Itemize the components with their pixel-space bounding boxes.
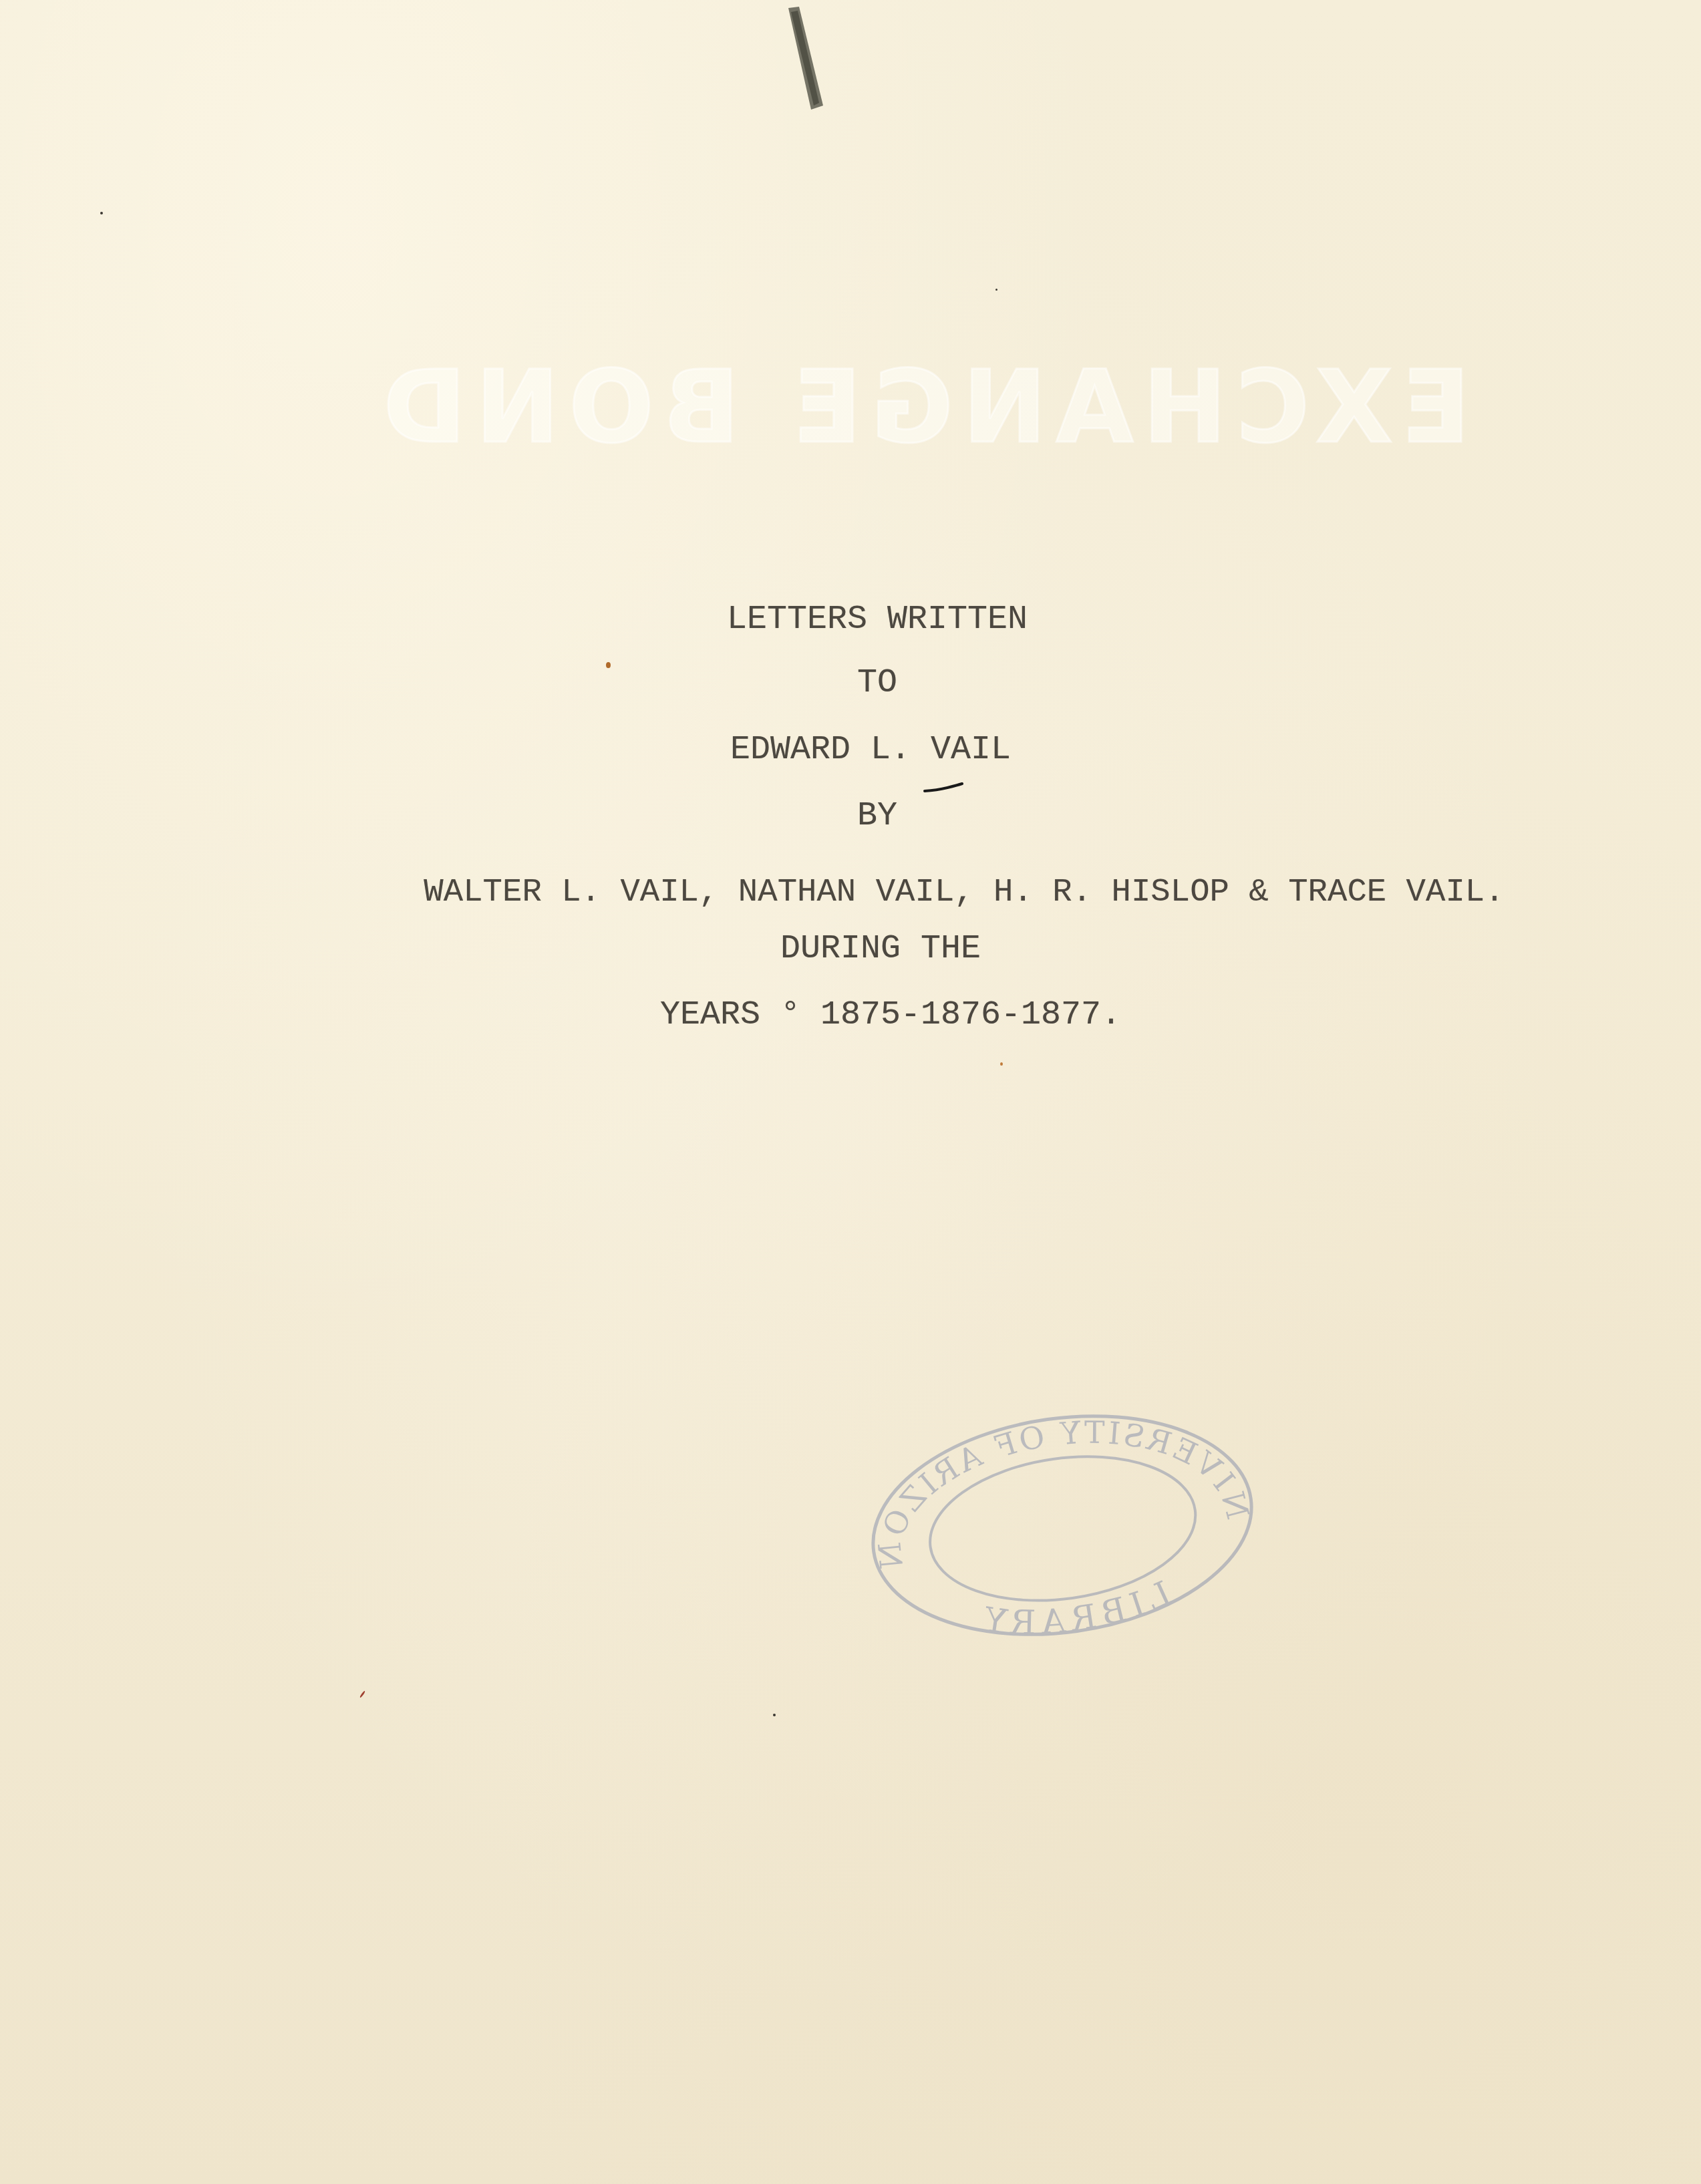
paper-speck bbox=[100, 212, 103, 214]
document-page: EXCHANGE BOND LETTERS WRITTEN TO EDWARD … bbox=[0, 0, 1701, 2184]
pen-underline-mark bbox=[923, 782, 963, 794]
svg-text:LIBRARY: LIBRARY bbox=[970, 1572, 1179, 1649]
pencil-mark-icon bbox=[782, 5, 828, 112]
stamp-bottom-text: LIBRARY bbox=[970, 1572, 1179, 1649]
paper-speck bbox=[1000, 1062, 1003, 1066]
watermark-exchange-bond: EXCHANGE BOND bbox=[401, 354, 1443, 461]
title-line-years: YEARS ° 1875-1876-1877. bbox=[40, 995, 1701, 1036]
title-line-to: TO bbox=[27, 663, 1701, 704]
title-line-letters-written: LETTERS WRITTEN bbox=[27, 600, 1701, 640]
paper-speck bbox=[606, 662, 611, 668]
svg-text:UNIVERSITY OF ARIZONA: UNIVERSITY OF ARIZONA bbox=[859, 1402, 1266, 1575]
title-line-recipient: EDWARD L. VAIL bbox=[20, 730, 1701, 770]
paper-speck bbox=[773, 1714, 776, 1716]
title-line-during-the: DURING THE bbox=[30, 929, 1701, 969]
title-line-by: BY bbox=[27, 796, 1701, 836]
paper-speck bbox=[995, 289, 997, 291]
title-line-authors: WALTER L. VAIL, NATHAN VAIL, H. R. HISLO… bbox=[114, 872, 1701, 912]
stamp-top-text: UNIVERSITY OF ARIZONA bbox=[859, 1402, 1266, 1575]
paper-speck bbox=[359, 1690, 365, 1698]
library-stamp: UNIVERSITY OF ARIZONA LIBRARY bbox=[859, 1402, 1266, 1649]
